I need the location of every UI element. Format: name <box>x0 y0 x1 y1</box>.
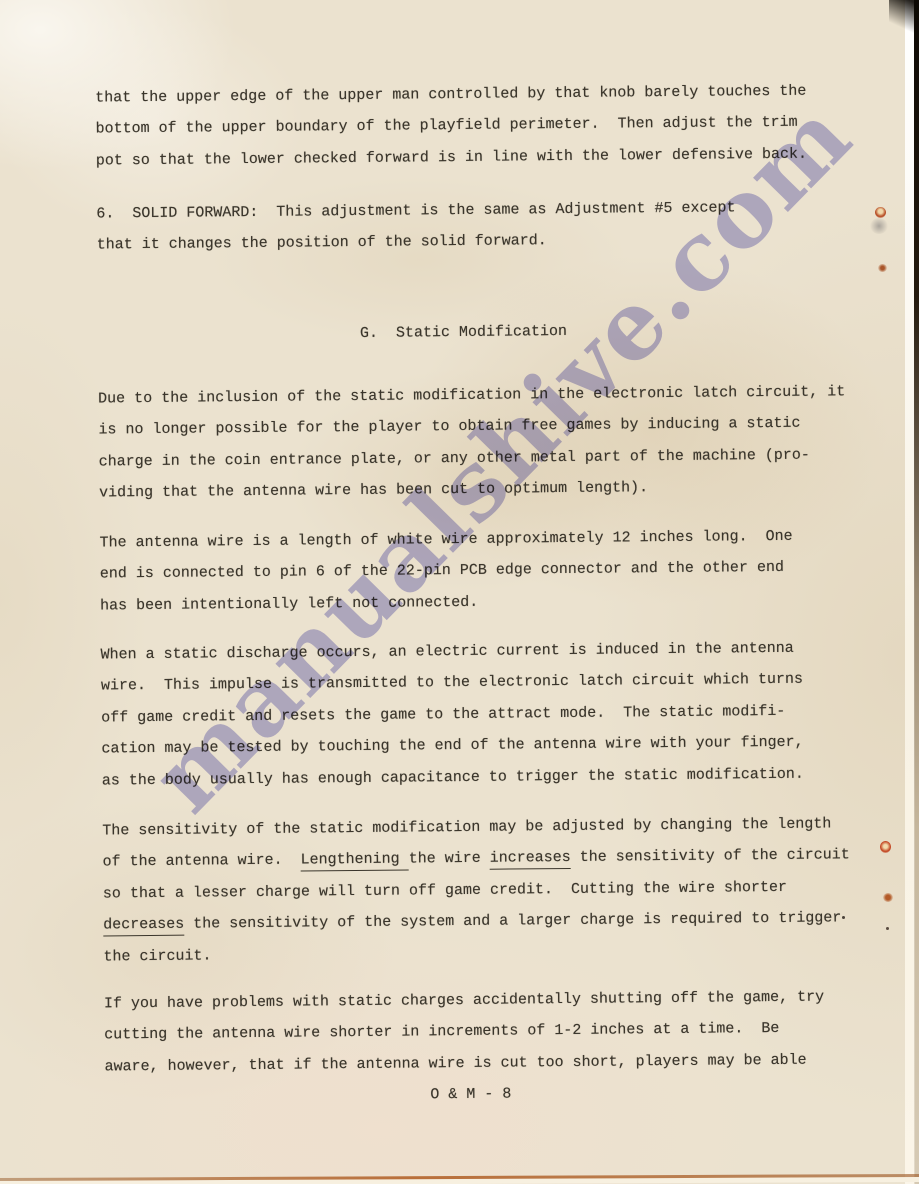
ink-speck <box>842 916 845 919</box>
corner-shadow <box>889 0 919 46</box>
scanned-page: G. Static Modification that the upper ed… <box>0 0 919 1184</box>
paragraph-container: that the upper edge of the upper man con… <box>0 0 913 4</box>
text-line: as the body usually has enough capacitan… <box>102 758 834 796</box>
typewritten-text: G. Static Modification that the upper ed… <box>0 0 919 1184</box>
staple-hole-stain <box>880 841 891 853</box>
staple-hole-stain <box>875 207 886 218</box>
paragraph-antenna-wire: The antenna wire is a length of white wi… <box>99 520 832 621</box>
paragraph-adjustment-5-continued: that the upper edge of the upper man con… <box>95 75 828 176</box>
section-heading: G. Static Modification <box>97 313 829 351</box>
staple-hole-stain <box>878 264 887 272</box>
text-line: that it changes the position of the soli… <box>97 223 829 261</box>
paragraph-sensitivity: The sensitivity of the static modificati… <box>102 808 835 972</box>
ink-speck <box>886 927 889 930</box>
text-line: has been intentionally left not connecte… <box>100 583 832 621</box>
paragraph-solid-forward: 6. SOLID FORWARD: This adjustment is the… <box>96 191 829 261</box>
paragraph-static-intro: Due to the inclusion of the static modif… <box>98 376 831 509</box>
paragraph-troubleshooting: If you have problems with static charges… <box>104 981 837 1082</box>
gray-smudge <box>870 218 888 234</box>
page-number: O & M - 8 <box>105 1075 837 1113</box>
text-line: pot so that the lower checked forward is… <box>96 138 828 176</box>
paragraph-static-discharge: When a static discharge occurs, an elect… <box>100 632 833 796</box>
text-line: viding that the antenna wire has been cu… <box>99 471 831 509</box>
scan-background-strip <box>914 0 919 1184</box>
staple-hole-stain <box>883 893 893 902</box>
